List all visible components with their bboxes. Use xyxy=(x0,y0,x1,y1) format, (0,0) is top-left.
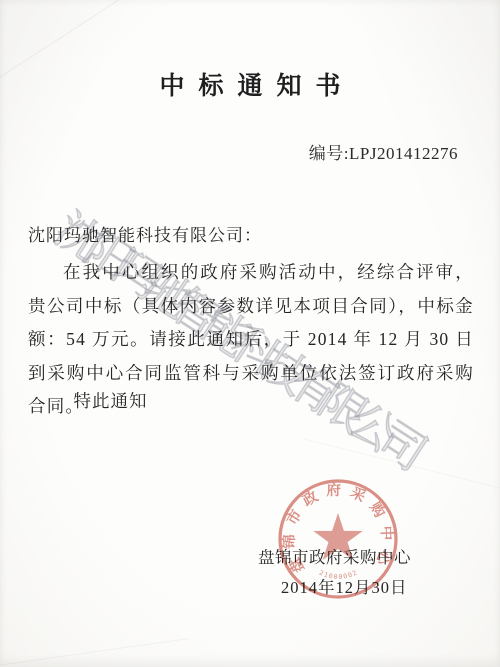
doc-number-value: LPJ201412276 xyxy=(349,144,458,163)
scanned-letter-page: 中标通知书 编号:LPJ201412276 沈阳玛驰智能科技有限公司 沈阳玛驰智… xyxy=(0,0,500,667)
doc-number-label: 编号: xyxy=(309,144,349,163)
seal-star-icon xyxy=(313,513,362,560)
official-seal-graphic: 盘锦市政府采购中心 2100000254 xyxy=(276,477,400,601)
paper-crease xyxy=(0,638,189,667)
letter-title: 中标通知书 xyxy=(0,66,500,102)
doc-number: 编号:LPJ201412276 xyxy=(309,139,458,164)
official-seal: 盘锦市政府采购中心 2100000254 xyxy=(276,477,400,601)
closing-line: 特此通知 xyxy=(28,388,148,413)
addressee-line: 沈阳玛驰智能科技有限公司： xyxy=(28,221,262,246)
